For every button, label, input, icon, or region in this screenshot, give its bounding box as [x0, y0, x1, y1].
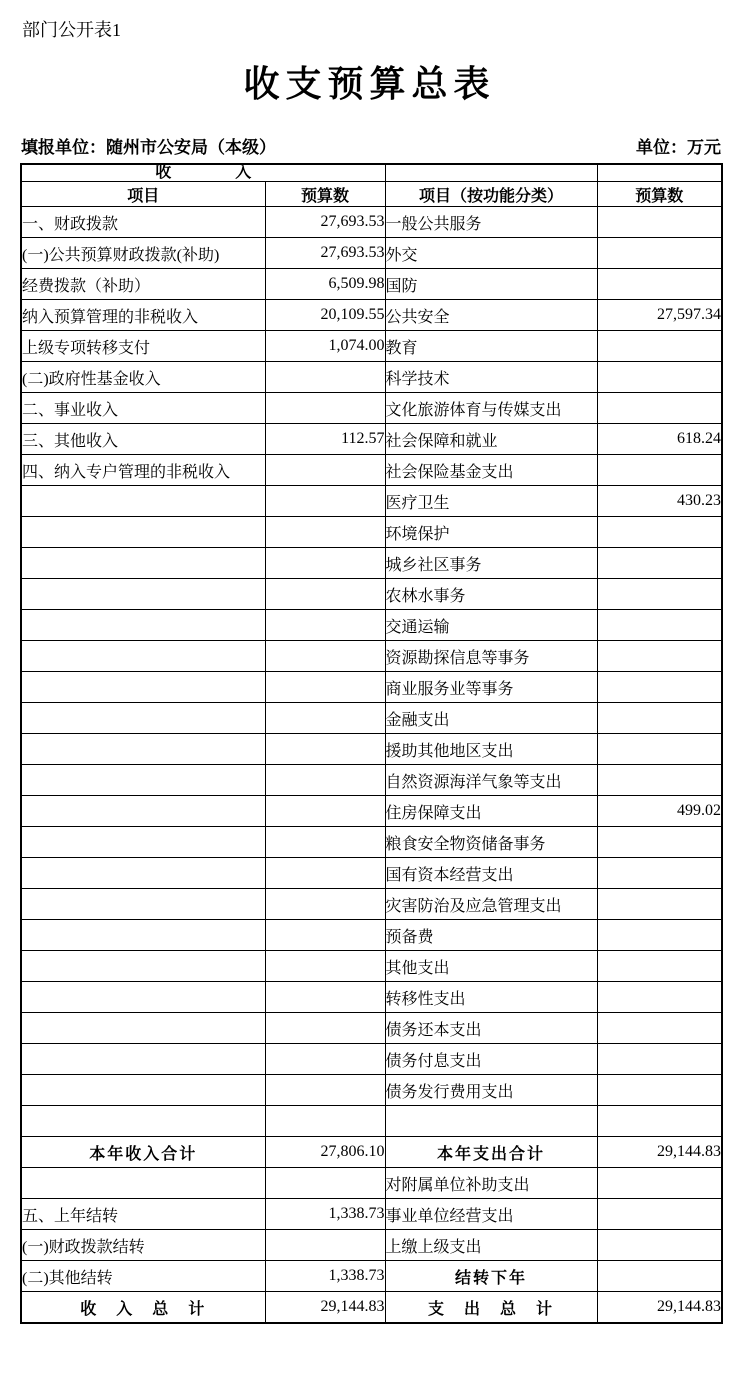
- table-row: 住房保障支出499.02: [21, 796, 722, 827]
- table-row: 灾害防治及应急管理支出: [21, 889, 722, 920]
- income-item-cell: [21, 641, 265, 672]
- table-row: 债务付息支出: [21, 1044, 722, 1075]
- income-budget-cell: 29,144.83: [265, 1292, 385, 1324]
- expense-budget-cell: 430.23: [597, 486, 722, 517]
- income-budget-cell: [265, 703, 385, 734]
- table-row: 对附属单位补助支出: [21, 1168, 722, 1199]
- income-budget-cell: 20,109.55: [265, 300, 385, 331]
- income-item-cell: 五、上年结转: [21, 1199, 265, 1230]
- expense-budget-cell: [597, 1230, 722, 1261]
- table-row: 债务还本支出: [21, 1013, 722, 1044]
- expense-budget-cell: 29,144.83: [597, 1292, 722, 1324]
- income-budget-cell: [265, 548, 385, 579]
- expense-budget-cell: [597, 703, 722, 734]
- income-budget-cell: [265, 610, 385, 641]
- expense-item-cell: 科学技术: [385, 362, 597, 393]
- income-budget-cell: 27,693.53: [265, 238, 385, 269]
- income-budget-cell: 6,509.98: [265, 269, 385, 300]
- expense-budget-cell: [597, 269, 722, 300]
- income-item-cell: (二)其他结转: [21, 1261, 265, 1292]
- table-row: 金融支出: [21, 703, 722, 734]
- income-section-row: 收 入: [21, 164, 722, 182]
- income-budget-cell: [265, 362, 385, 393]
- filer-label: 填报单位：随州市公安局（本级）: [21, 133, 276, 158]
- income-budget-cell: [265, 641, 385, 672]
- expense-item-cell: 住房保障支出: [385, 796, 597, 827]
- income-item-cell: [21, 951, 265, 982]
- expense-item-cell: 粮食安全物资储备事务: [385, 827, 597, 858]
- income-budget-cell: [265, 982, 385, 1013]
- income-item-cell: [21, 1044, 265, 1075]
- expense-item-cell: 支 出 总 计: [385, 1292, 597, 1324]
- table-row: 债务发行费用支出: [21, 1075, 722, 1106]
- table-row: 国有资本经营支出: [21, 858, 722, 889]
- budget-document-page: 部门公开表1 收支预算总表 填报单位：随州市公安局（本级） 单位：万元 收 入 …: [0, 0, 739, 1394]
- income-item-cell: [21, 486, 265, 517]
- unit-label: 单位：万元: [636, 133, 721, 158]
- income-budget-cell: [265, 1106, 385, 1137]
- income-item-cell: [21, 610, 265, 641]
- expense-item-cell: [385, 1106, 597, 1137]
- expense-item-cell: 教育: [385, 331, 597, 362]
- income-budget-cell: [265, 889, 385, 920]
- income-budget-cell: [265, 486, 385, 517]
- expense-item-cell: 其他支出: [385, 951, 597, 982]
- col-header-expense-item: 项目（按功能分类）: [385, 182, 597, 207]
- table-row: 农林水事务: [21, 579, 722, 610]
- expense-budget-cell: 499.02: [597, 796, 722, 827]
- expense-item-cell: 灾害防治及应急管理支出: [385, 889, 597, 920]
- income-budget-cell: [265, 858, 385, 889]
- income-budget-cell: [265, 517, 385, 548]
- meta-row: 填报单位：随州市公安局（本级） 单位：万元: [21, 133, 721, 158]
- doc-label: 部门公开表1: [22, 18, 121, 42]
- expense-item-cell: 预备费: [385, 920, 597, 951]
- expense-budget-cell: 618.24: [597, 424, 722, 455]
- table-row: 五、上年结转1,338.73事业单位经营支出: [21, 1199, 722, 1230]
- table-row: 纳入预算管理的非税收入20,109.55公共安全27,597.34: [21, 300, 722, 331]
- table-row: 预备费: [21, 920, 722, 951]
- expense-item-cell: 交通运输: [385, 610, 597, 641]
- expense-item-cell: 事业单位经营支出: [385, 1199, 597, 1230]
- income-budget-cell: [265, 765, 385, 796]
- expense-budget-cell: [597, 641, 722, 672]
- expense-budget-cell: [597, 920, 722, 951]
- income-item-cell: [21, 858, 265, 889]
- income-budget-cell: [265, 920, 385, 951]
- income-item-cell: (一)公共预算财政拨款(补助): [21, 238, 265, 269]
- expense-item-cell: 医疗卫生: [385, 486, 597, 517]
- income-item-cell: 四、纳入专户管理的非税收入: [21, 455, 265, 486]
- expense-item-cell: 环境保护: [385, 517, 597, 548]
- income-budget-cell: [265, 393, 385, 424]
- income-budget-cell: [265, 734, 385, 765]
- expense-item-cell: 资源勘探信息等事务: [385, 641, 597, 672]
- expense-item-cell: 债务付息支出: [385, 1044, 597, 1075]
- col-header-expense-budget: 预算数: [597, 182, 722, 207]
- income-item-cell: [21, 517, 265, 548]
- income-item-cell: [21, 1168, 265, 1199]
- expense-item-cell: 转移性支出: [385, 982, 597, 1013]
- income-item-cell: [21, 982, 265, 1013]
- expense-budget-cell: [597, 1168, 722, 1199]
- income-budget-cell: 27,806.10: [265, 1137, 385, 1168]
- expense-item-cell: 国有资本经营支出: [385, 858, 597, 889]
- expense-item-cell: 国防: [385, 269, 597, 300]
- expense-item-cell: 本年支出合计: [385, 1137, 597, 1168]
- expense-item-cell: 自然资源海洋气象等支出: [385, 765, 597, 796]
- income-item-cell: [21, 765, 265, 796]
- table-row: 上级专项转移支付1,074.00教育: [21, 331, 722, 362]
- expense-item-cell: 金融支出: [385, 703, 597, 734]
- income-item-cell: [21, 1106, 265, 1137]
- income-item-cell: [21, 1013, 265, 1044]
- income-budget-cell: [265, 1075, 385, 1106]
- table-row: [21, 1106, 722, 1137]
- income-item-cell: [21, 548, 265, 579]
- income-item-cell: 纳入预算管理的非税收入: [21, 300, 265, 331]
- table-row: 援助其他地区支出: [21, 734, 722, 765]
- table-row: (二)政府性基金收入科学技术: [21, 362, 722, 393]
- table-row: 医疗卫生430.23: [21, 486, 722, 517]
- expense-budget-cell: [597, 1106, 722, 1137]
- table-row: 四、纳入专户管理的非税收入社会保险基金支出: [21, 455, 722, 486]
- income-item-cell: 收 入 总 计: [21, 1292, 265, 1324]
- income-item-cell: [21, 672, 265, 703]
- income-budget-cell: [265, 1044, 385, 1075]
- expense-budget-cell: [597, 610, 722, 641]
- income-item-cell: [21, 579, 265, 610]
- income-budget-cell: [265, 455, 385, 486]
- income-item-cell: [21, 796, 265, 827]
- table-row: 一、财政拨款27,693.53一般公共服务: [21, 207, 722, 238]
- expense-budget-cell: [597, 548, 722, 579]
- expense-item-cell: 社会保障和就业: [385, 424, 597, 455]
- expense-budget-cell: [597, 1013, 722, 1044]
- expense-item-cell: 结转下年: [385, 1261, 597, 1292]
- page-title: 收支预算总表: [0, 56, 739, 107]
- income-budget-cell: 1,338.73: [265, 1199, 385, 1230]
- expense-budget-cell: [597, 982, 722, 1013]
- expense-budget-cell: [597, 858, 722, 889]
- income-item-cell: [21, 703, 265, 734]
- expense-budget-cell: [597, 765, 722, 796]
- expense-budget-cell: [597, 889, 722, 920]
- expense-budget-cell: [597, 579, 722, 610]
- income-item-cell: 三、其他收入: [21, 424, 265, 455]
- income-item-cell: [21, 889, 265, 920]
- table-row: 收 入 总 计29,144.83支 出 总 计29,144.83: [21, 1292, 722, 1324]
- income-section-header: 收 入: [21, 164, 385, 182]
- expense-item-cell: 上缴上级支出: [385, 1230, 597, 1261]
- table-row: 经费拨款（补助）6,509.98国防: [21, 269, 722, 300]
- income-budget-cell: [265, 1013, 385, 1044]
- table-row: 资源勘探信息等事务: [21, 641, 722, 672]
- expense-item-cell: 援助其他地区支出: [385, 734, 597, 765]
- expense-budget-cell: [597, 455, 722, 486]
- table-row: 本年收入合计27,806.10本年支出合计29,144.83: [21, 1137, 722, 1168]
- expense-budget-cell: [597, 1044, 722, 1075]
- income-budget-cell: 27,693.53: [265, 207, 385, 238]
- expense-budget-cell: [597, 207, 722, 238]
- table-row: (一)公共预算财政拨款(补助)27,693.53外交: [21, 238, 722, 269]
- table-row: 其他支出: [21, 951, 722, 982]
- expense-budget-cell: 29,144.83: [597, 1137, 722, 1168]
- expense-budget-cell: [597, 734, 722, 765]
- expense-budget-cell: [597, 827, 722, 858]
- expense-item-cell: 农林水事务: [385, 579, 597, 610]
- section-empty-cell: [597, 164, 722, 182]
- income-budget-cell: [265, 951, 385, 982]
- expense-budget-cell: [597, 331, 722, 362]
- expense-item-cell: 外交: [385, 238, 597, 269]
- expense-budget-cell: [597, 362, 722, 393]
- income-item-cell: [21, 734, 265, 765]
- income-item-cell: (一)财政拨款结转: [21, 1230, 265, 1261]
- expense-budget-cell: [597, 1075, 722, 1106]
- expense-item-cell: 债务还本支出: [385, 1013, 597, 1044]
- expense-item-cell: 城乡社区事务: [385, 548, 597, 579]
- income-item-cell: 本年收入合计: [21, 1137, 265, 1168]
- table-row: 商业服务业等事务: [21, 672, 722, 703]
- income-budget-cell: [265, 796, 385, 827]
- expense-item-cell: 社会保险基金支出: [385, 455, 597, 486]
- income-budget-cell: [265, 827, 385, 858]
- income-budget-cell: [265, 672, 385, 703]
- income-budget-cell: [265, 1230, 385, 1261]
- table-row: (二)其他结转1,338.73结转下年: [21, 1261, 722, 1292]
- income-budget-cell: [265, 579, 385, 610]
- expense-budget-cell: [597, 1199, 722, 1230]
- income-item-cell: [21, 1075, 265, 1106]
- table-row: 转移性支出: [21, 982, 722, 1013]
- income-item-cell: [21, 827, 265, 858]
- income-item-cell: 经费拨款（补助）: [21, 269, 265, 300]
- income-item-cell: 一、财政拨款: [21, 207, 265, 238]
- table-row: 三、其他收入112.57社会保障和就业618.24: [21, 424, 722, 455]
- expense-budget-cell: 27,597.34: [597, 300, 722, 331]
- income-item-cell: 二、事业收入: [21, 393, 265, 424]
- expense-item-cell: 商业服务业等事务: [385, 672, 597, 703]
- col-header-income-item: 项目: [21, 182, 265, 207]
- income-budget-cell: 112.57: [265, 424, 385, 455]
- expense-budget-cell: [597, 672, 722, 703]
- income-item-cell: [21, 920, 265, 951]
- column-header-row: 项目 预算数 项目（按功能分类） 预算数: [21, 182, 722, 207]
- table-row: 城乡社区事务: [21, 548, 722, 579]
- expense-budget-cell: [597, 238, 722, 269]
- table-row: 自然资源海洋气象等支出: [21, 765, 722, 796]
- expense-budget-cell: [597, 517, 722, 548]
- budget-table: 收 入 项目 预算数 项目（按功能分类） 预算数 一、财政拨款27,693.53…: [20, 163, 723, 1324]
- expense-item-cell: 公共安全: [385, 300, 597, 331]
- expense-budget-cell: [597, 951, 722, 982]
- section-empty-cell: [385, 164, 597, 182]
- income-budget-cell: 1,338.73: [265, 1261, 385, 1292]
- expense-budget-cell: [597, 1261, 722, 1292]
- table-row: 二、事业收入文化旅游体育与传媒支出: [21, 393, 722, 424]
- expense-item-cell: 文化旅游体育与传媒支出: [385, 393, 597, 424]
- col-header-income-budget: 预算数: [265, 182, 385, 207]
- expense-item-cell: 债务发行费用支出: [385, 1075, 597, 1106]
- expense-budget-cell: [597, 393, 722, 424]
- income-item-cell: 上级专项转移支付: [21, 331, 265, 362]
- expense-item-cell: 对附属单位补助支出: [385, 1168, 597, 1199]
- expense-item-cell: 一般公共服务: [385, 207, 597, 238]
- income-item-cell: (二)政府性基金收入: [21, 362, 265, 393]
- table-row: 粮食安全物资储备事务: [21, 827, 722, 858]
- table-row: 环境保护: [21, 517, 722, 548]
- table-row: (一)财政拨款结转上缴上级支出: [21, 1230, 722, 1261]
- income-budget-cell: [265, 1168, 385, 1199]
- income-budget-cell: 1,074.00: [265, 331, 385, 362]
- budget-table-body: 一、财政拨款27,693.53一般公共服务(一)公共预算财政拨款(补助)27,6…: [21, 207, 722, 1324]
- table-row: 交通运输: [21, 610, 722, 641]
